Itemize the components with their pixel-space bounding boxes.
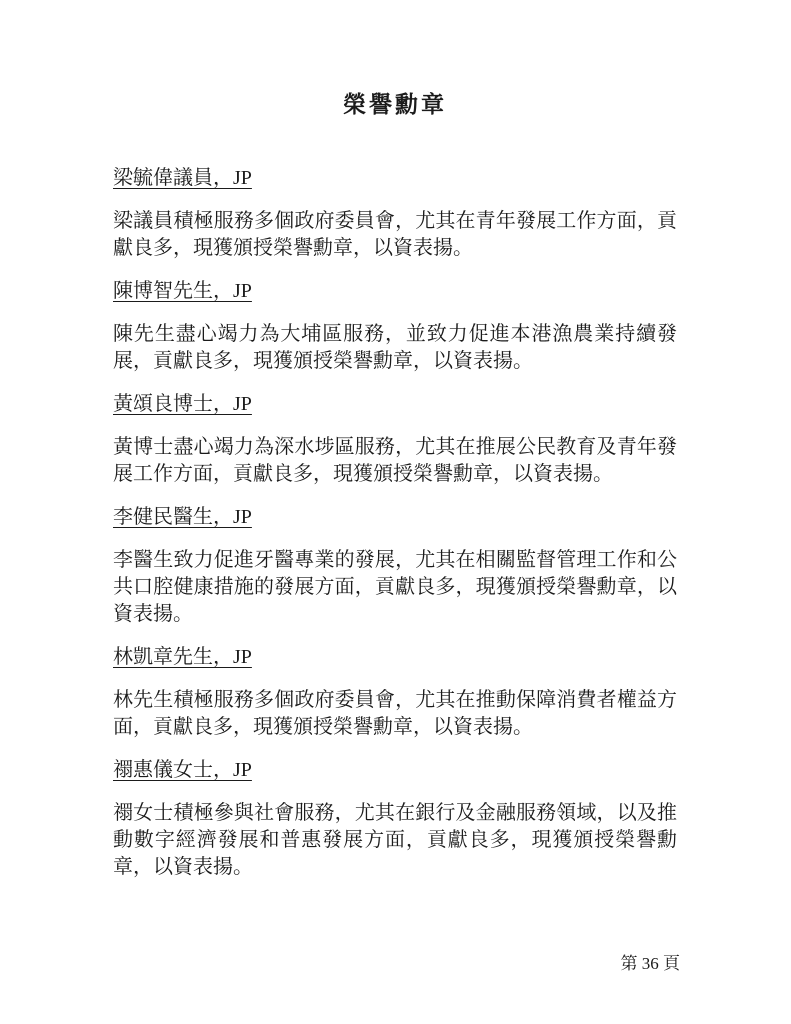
honour-entry: 黃頌良博士，JP 黃博士盡心竭力為深水埗區服務，尤其在推展公民教育及青年發展工作…: [113, 391, 677, 488]
recipient-name-heading: 林凱章先生，JP: [113, 644, 677, 671]
recipient-citation: 李醫生致力促進牙醫專業的發展，尤其在相關監督管理工作和公共口腔健康措施的發展方面…: [113, 547, 677, 628]
recipient-citation: 梁議員積極服務多個政府委員會，尤其在青年發展工作方面，貢獻良多，現獲頒授榮譽勳章…: [113, 208, 677, 262]
recipient-citation: 陳先生盡心竭力為大埔區服務，並致力促進本港漁農業持續發展，貢獻良多，現獲頒授榮譽…: [113, 321, 677, 375]
recipient-name-heading: 黃頌良博士，JP: [113, 391, 677, 418]
recipient-citation: 林先生積極服務多個政府委員會，尤其在推動保障消費者權益方面，貢獻良多，現獲頒授榮…: [113, 687, 677, 741]
honour-entry: 陳博智先生，JP 陳先生盡心竭力為大埔區服務，並致力促進本港漁農業持續發展，貢獻…: [113, 278, 677, 375]
honour-entry: 林凱章先生，JP 林先生積極服務多個政府委員會，尤其在推動保障消費者權益方面，貢…: [113, 644, 677, 741]
recipient-citation: 黃博士盡心竭力為深水埗區服務，尤其在推展公民教育及青年發展工作方面，貢獻良多，現…: [113, 434, 677, 488]
recipient-name-heading: 李健民醫生，JP: [113, 504, 677, 531]
recipient-citation: 禤女士積極參與社會服務，尤其在銀行及金融服務領域，以及推動數字經濟發展和普惠發展…: [113, 800, 677, 881]
recipient-name-heading: 禤惠儀女士，JP: [113, 757, 677, 784]
page-number: 第 36 頁: [621, 952, 681, 976]
honour-entry: 李健民醫生，JP 李醫生致力促進牙醫專業的發展，尤其在相關監督管理工作和公共口腔…: [113, 504, 677, 628]
honour-entry: 禤惠儀女士，JP 禤女士積極參與社會服務，尤其在銀行及金融服務領域，以及推動數字…: [113, 757, 677, 881]
document-page: 榮譽勳章 梁毓偉議員，JP 梁議員積極服務多個政府委員會，尤其在青年發展工作方面…: [0, 0, 791, 1024]
recipient-name-heading: 梁毓偉議員，JP: [113, 165, 677, 192]
recipient-name-heading: 陳博智先生，JP: [113, 278, 677, 305]
page-title: 榮譽勳章: [113, 90, 677, 120]
honour-entry: 梁毓偉議員，JP 梁議員積極服務多個政府委員會，尤其在青年發展工作方面，貢獻良多…: [113, 165, 677, 262]
